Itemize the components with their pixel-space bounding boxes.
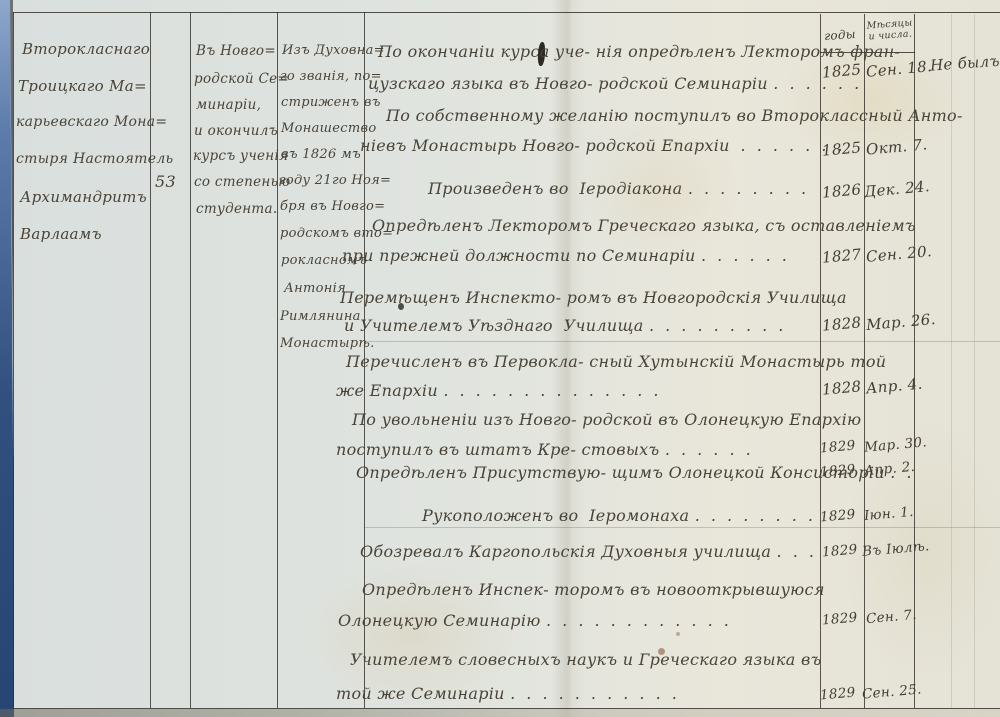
record-year: 1828 bbox=[821, 377, 862, 398]
record-line: Опредѣленъ Лекторомъ Греческаго языка, с… bbox=[372, 216, 916, 235]
record-line: Произведенъ во Іеродіакона . . . . . . .… bbox=[428, 179, 806, 198]
tonsure-line: Антонія bbox=[284, 281, 346, 296]
tonsure-line: въ 1826 мъ bbox=[281, 147, 361, 162]
record-line: той же Семинаріи . . . . . . . . . . . bbox=[336, 684, 677, 703]
record-year: 1829 bbox=[819, 506, 856, 525]
tonsure-line: стриженъ въ bbox=[281, 95, 381, 110]
record-line: же Епархіи . . . . . . . . . . . . . . bbox=[336, 381, 659, 400]
person-name-line: Архимандритъ bbox=[20, 188, 147, 206]
person-name-line: Варлаамъ bbox=[20, 225, 102, 243]
record-line: Учителемъ словесныхъ наукъ и Греческаго … bbox=[350, 650, 822, 669]
record-day: Сен. 7. bbox=[865, 607, 917, 627]
record-year: 1829 bbox=[819, 684, 856, 703]
record-line: По собственному желанію поступилъ во Вто… bbox=[386, 106, 963, 125]
scanned-document-page: годы Мѣсяцы и числа. Второкласнаго Троиц… bbox=[0, 0, 1000, 717]
education-line: и окончилъ bbox=[194, 123, 278, 139]
record-year: 1827 bbox=[821, 245, 862, 266]
column-header-years: годы bbox=[824, 27, 857, 43]
record-line: Олонецкую Семинарію . . . . . . . . . . … bbox=[338, 611, 729, 630]
record-day: Сен. 20. bbox=[865, 242, 932, 266]
record-line: ніевъ Монастырь Новго- родской Епархіи .… bbox=[360, 136, 843, 155]
record-year: 1825 bbox=[821, 60, 862, 81]
tonsure-line: Изъ Духовна= bbox=[282, 43, 385, 58]
table-rule-top bbox=[13, 12, 1000, 13]
record-line: Перечисленъ въ Первокла- сный Хутынскій … bbox=[346, 352, 886, 371]
education-line: курсъ ученія bbox=[193, 148, 288, 164]
paper-speck bbox=[676, 632, 680, 636]
column-header-months: Мѣсяцы и числа. bbox=[865, 18, 914, 42]
record-year: 1828 bbox=[821, 313, 862, 334]
record-day: Дек. 24. bbox=[863, 177, 930, 201]
record-day: Въ Іюлѣ. bbox=[861, 538, 930, 560]
tonsure-line: году 21го Ноя= bbox=[279, 173, 391, 188]
record-year: 1826 bbox=[821, 180, 862, 201]
table-rule-col2 bbox=[190, 12, 191, 708]
table-rule-left bbox=[13, 12, 14, 708]
tonsure-line: бря въ Новго= bbox=[280, 199, 385, 214]
person-name-line: Троицкаго Ма= bbox=[18, 77, 147, 95]
person-name-line: карьевскаго Мона= bbox=[16, 114, 167, 130]
record-line: Обозревалъ Каргопольскія Духовныя училищ… bbox=[360, 542, 814, 561]
record-day: Мар. 26. bbox=[865, 310, 936, 334]
record-line: Перемѣщенъ Инспекто- ромъ въ Новгородскі… bbox=[340, 288, 847, 307]
page-bottom-shadow bbox=[0, 709, 1000, 717]
record-year: 1829 bbox=[819, 461, 856, 480]
faint-paper-line bbox=[974, 14, 975, 708]
record-line: при прежней должности по Семинаріи . . .… bbox=[342, 246, 787, 265]
table-rule-bottom bbox=[13, 708, 1000, 709]
record-year: 1829 bbox=[821, 541, 858, 560]
record-year: 1829 bbox=[819, 437, 856, 456]
tonsure-line: Монастырѣ. bbox=[280, 336, 375, 351]
faint-guide-line bbox=[364, 527, 1000, 528]
record-year: 1825 bbox=[821, 138, 862, 159]
record-day: Мар. 30. bbox=[863, 434, 927, 455]
education-line: родской Се= bbox=[194, 71, 289, 87]
education-line: студента. bbox=[196, 201, 277, 217]
record-year: 1829 bbox=[821, 609, 858, 628]
tonsure-line: го званія, по= bbox=[280, 69, 382, 84]
record-day: Окт. 7. bbox=[865, 135, 928, 158]
table-rule-col3 bbox=[277, 12, 278, 708]
tonsure-line: Монашество bbox=[281, 121, 376, 136]
person-name-line: Второкласнаго bbox=[22, 40, 150, 58]
record-line: По окончаніи курса уче- нія опредѣленъ Л… bbox=[378, 42, 900, 61]
record-line: Опредѣленъ Инспек- торомъ въ новооткрывш… bbox=[362, 580, 825, 599]
record-line: цузскаго языка въ Новго- родской Семинар… bbox=[368, 74, 859, 93]
record-line: и Учителемъ Уѣзднаго Училища . . . . . .… bbox=[344, 316, 784, 335]
education-line: минаріи, bbox=[196, 97, 261, 113]
education-line: со степенью bbox=[194, 174, 290, 190]
record-line: По увольненіи изъ Новго- родской въ Олон… bbox=[352, 410, 861, 429]
person-age: 53 bbox=[155, 172, 176, 191]
education-line: Въ Новго= bbox=[196, 43, 276, 59]
record-line: поступилъ въ штатъ Кре- стовыхъ . . . . … bbox=[336, 440, 751, 459]
record-day: Іюн. 1. bbox=[863, 504, 914, 524]
person-name-line: стыря Настоятель bbox=[16, 151, 173, 167]
faint-guide-line bbox=[364, 341, 1000, 342]
record-absence: Не былъ. bbox=[929, 51, 1000, 74]
record-line: Рукоположенъ во Іеромонаха . . . . . . .… bbox=[422, 506, 813, 525]
